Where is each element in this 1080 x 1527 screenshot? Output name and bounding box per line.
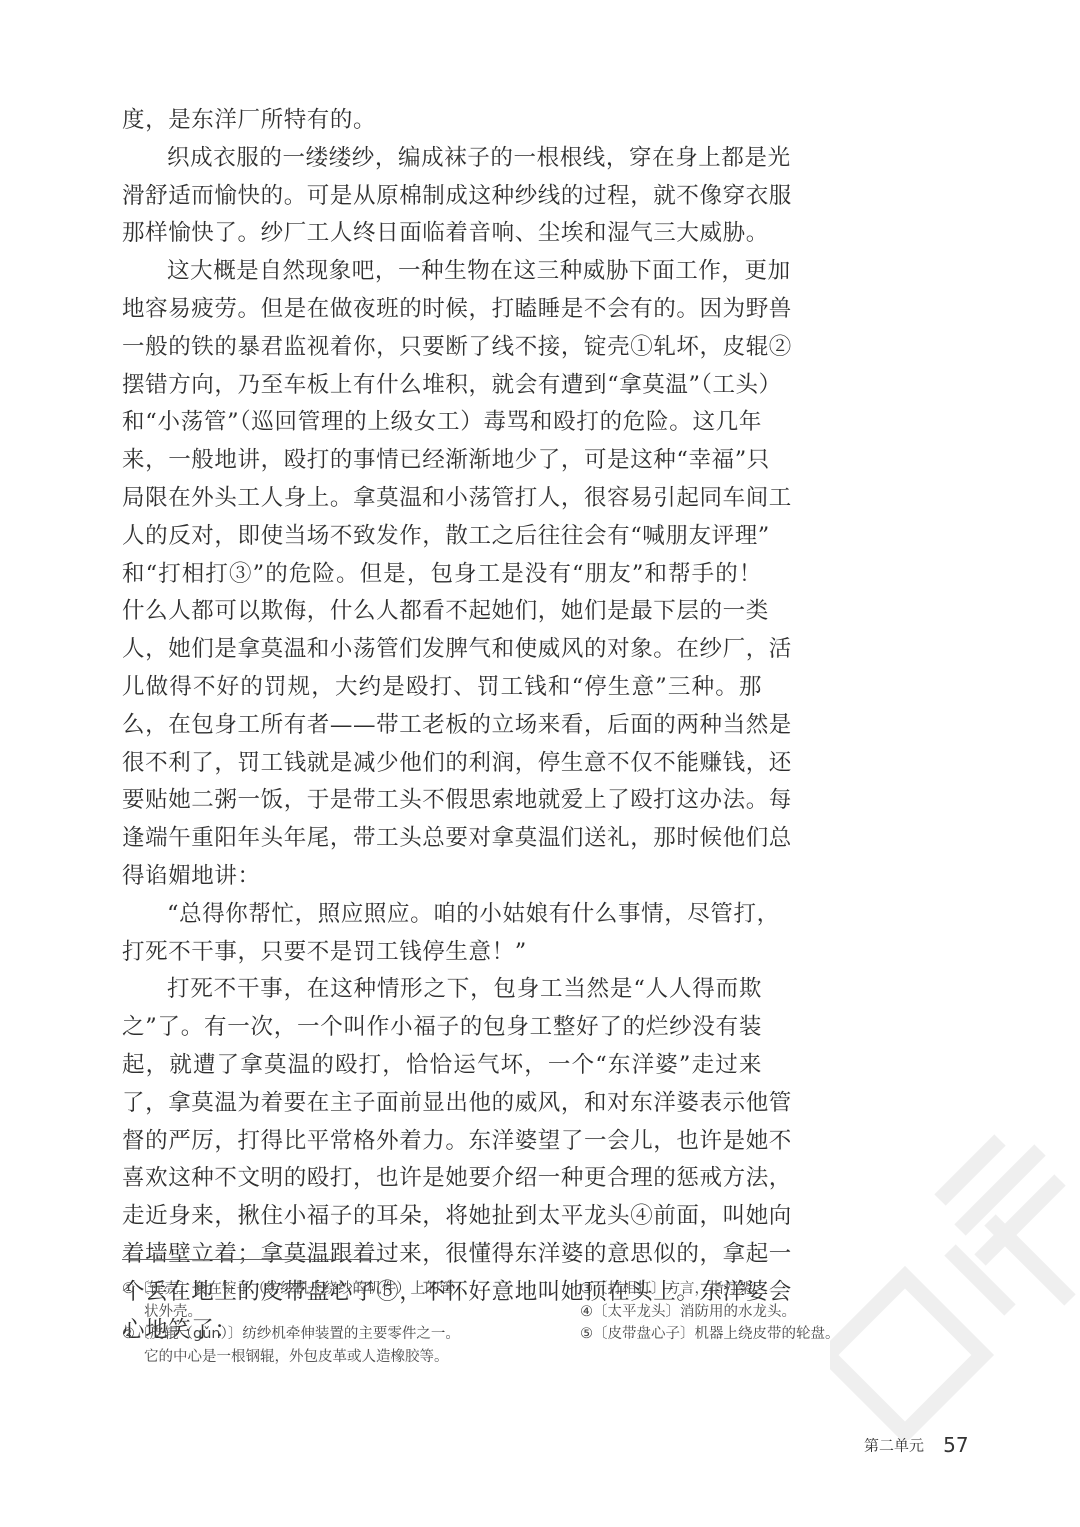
text-line: 和“打相打③”的危险。但是，包身工是没有“朋友”和帮手的！ bbox=[122, 556, 762, 594]
text-line: 督的严厉，打得比平常格外着力。东洋婆望了一会儿，也许是她不 bbox=[122, 1123, 762, 1161]
text-line: 很不利了，罚工钱就是减少他们的利润，停生意不仅不能赚钱，还 bbox=[122, 745, 762, 783]
text-line: 逢端午重阳年头年尾，带工头总要对拿莫温们送礼，那时候他们总 bbox=[122, 820, 762, 858]
page-footer: 第二单元 57 bbox=[864, 1433, 969, 1457]
text-line: 了，拿莫温为着要在主子面前显出他的威风，和对东洋婆表示他管 bbox=[122, 1085, 762, 1123]
text-line: 起，就遭了拿莫温的殴打，恰恰运气坏，一个“东洋婆”走过来 bbox=[122, 1047, 762, 1085]
text-line: 么，在包身工所有者——带工老板的立场来看，后面的两种当然是 bbox=[122, 707, 762, 745]
text-line: 织成衣服的一缕缕纱，编成袜子的一根根线，穿在身上都是光 bbox=[122, 140, 762, 178]
text-line: 打死不干事，只要不是罚工钱停生意！” bbox=[122, 934, 762, 972]
text-line: 一般的铁的暴君监视着你，只要断了线不接，锭壳①轧坏，皮辊② bbox=[122, 329, 762, 367]
footnote-3: ③〔打相打〕方言，指打架。 bbox=[580, 1278, 900, 1301]
text-line: 打死不干事，在这种情形之下，包身工当然是“人人得而欺 bbox=[122, 971, 762, 1009]
footnote-4: ④〔太平龙头〕消防用的水龙头。 bbox=[580, 1301, 900, 1324]
text-line: 度，是东洋厂所特有的。 bbox=[122, 102, 762, 140]
footnote-5: ⑤〔皮带盘心子〕机器上绕皮带的轮盘。 bbox=[580, 1323, 900, 1346]
body-text: 度，是东洋厂所特有的。织成衣服的一缕缕纱，编成袜子的一根根线，穿在身上都是光滑舒… bbox=[122, 102, 762, 1349]
text-line: 来，一般地讲，殴打的事情已经渐渐地少了，可是这种“幸福”只 bbox=[122, 442, 762, 480]
unit-label: 第二单元 bbox=[864, 1437, 924, 1455]
footnote-2-line-2: 它的中心是一根钢辊，外包皮革或人造橡胶等。 bbox=[122, 1346, 542, 1369]
text-line: 着墙壁立着；拿莫温跟着过来，很懂得东洋婆的意思似的，拿起一 bbox=[122, 1236, 762, 1274]
text-line: 要贴她二粥一饭，于是带工头不假思索地就爱上了殴打这办法。每 bbox=[122, 782, 762, 820]
footnote-2: ②〔皮辊（gǔn）〕纺纱机牵伸装置的主要零件之一。 它的中心是一根钢辊，外包皮革… bbox=[122, 1323, 542, 1368]
text-line: 什么人都可以欺侮，什么人都看不起她们，她们是最下层的一类 bbox=[122, 593, 762, 631]
watermark-logo-icon bbox=[830, 1080, 1080, 1440]
text-line: 地容易疲劳。但是在做夜班的时候，打瞌睡是不会有的。因为野兽 bbox=[122, 291, 762, 329]
text-line: 滑舒适而愉快的。可是从原棉制成这种纱线的过程，就不像穿衣服 bbox=[122, 178, 762, 216]
text-line: 得谄媚地讲： bbox=[122, 858, 762, 896]
footnote-1-line-1: ①〔锭壳〕套在锭子（纺纱机上绕纱的机件）上的管 bbox=[122, 1278, 542, 1301]
text-line: 人的反对，即使当场不致发作，散工之后往往会有“喊朋友评理” bbox=[122, 518, 762, 556]
text-line: 这大概是自然现象吧，一种生物在这三种威胁下面工作，更加 bbox=[122, 253, 762, 291]
footnotes-right: ③〔打相打〕方言，指打架。 ④〔太平龙头〕消防用的水龙头。 ⑤〔皮带盘心子〕机器… bbox=[580, 1278, 900, 1346]
text-line: 之”了。有一次，一个叫作小福子的包身工整好了的烂纱没有装 bbox=[122, 1009, 762, 1047]
text-line: 喜欢这种不文明的殴打，也许是她要介绍一种更合理的惩戒方法， bbox=[122, 1160, 762, 1198]
text-line: 人，她们是拿莫温和小荡管们发脾气和使威风的对象。在纱厂，活 bbox=[122, 631, 762, 669]
text-line: 局限在外头工人身上。拿莫温和小荡管打人，很容易引起同车间工 bbox=[122, 480, 762, 518]
text-line: 摆错方向，乃至车板上有什么堆积，就会有遭到“拿莫温”（工头） bbox=[122, 367, 762, 405]
footnotes-left: ①〔锭壳〕套在锭子（纺纱机上绕纱的机件）上的管 状外壳。 ②〔皮辊（gǔn）〕纺… bbox=[122, 1278, 542, 1368]
text-line: “总得你帮忙，照应照应。咱的小姑娘有什么事情，尽管打， bbox=[122, 896, 762, 934]
textbook-page: 度，是东洋厂所特有的。织成衣服的一缕缕纱，编成袜子的一根根线，穿在身上都是光滑舒… bbox=[0, 0, 1080, 1527]
footnote-divider bbox=[122, 1259, 384, 1260]
text-line: 走近身来，揪住小福子的耳朵，将她扯到太平龙头④前面，叫她向 bbox=[122, 1198, 762, 1236]
footnote-1: ①〔锭壳〕套在锭子（纺纱机上绕纱的机件）上的管 状外壳。 bbox=[122, 1278, 542, 1323]
footnote-1-line-2: 状外壳。 bbox=[122, 1301, 542, 1324]
text-line: 和“小荡管”（巡回管理的上级女工）毒骂和殴打的危险。这几年 bbox=[122, 404, 762, 442]
page-number: 57 bbox=[943, 1433, 968, 1457]
text-line: 那样愉快了。纱厂工人终日面临着音响、尘埃和湿气三大威胁。 bbox=[122, 215, 762, 253]
text-line: 儿做得不好的罚规，大约是殴打、罚工钱和“停生意”三种。那 bbox=[122, 669, 762, 707]
footnote-2-line-1: ②〔皮辊（gǔn）〕纺纱机牵伸装置的主要零件之一。 bbox=[122, 1323, 542, 1346]
